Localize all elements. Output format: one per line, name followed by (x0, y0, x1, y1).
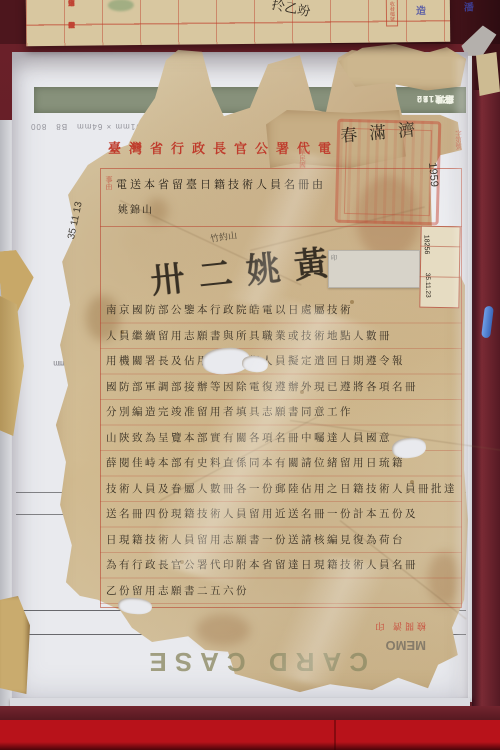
form-red-char: 號 (68, 0, 75, 9)
subject-handwriting: 電送本省留臺日籍技術人員名冊由 (116, 176, 356, 192)
frame-right-bar (472, 84, 500, 710)
document-text-row: 送名冊四份現籍技術人員留用近送名冊一份計本五份及 (106, 506, 460, 528)
document-red-rule (100, 226, 462, 227)
blue-stamp: 潘 (464, 0, 474, 14)
document-text-row: 國防部軍調部接辦等因除電復遵辦外現已遵將各項名冊 (106, 379, 460, 401)
blue-stamp: 造 (416, 2, 426, 17)
form-red-labels-row: 收發附件擬辦批示存查 (68, 17, 392, 20)
margin-digits: 1959 (426, 162, 440, 187)
card-case-print: CARD CASE (138, 646, 368, 677)
archive-number: 18256 (423, 235, 430, 255)
form-red-char: 查 (68, 21, 75, 31)
form-box-label: 收發檔號 (386, 0, 398, 26)
document-text-row: 人員繼續留用志願書與所具職業或技術地點人數冊 (106, 328, 460, 350)
document-text-row: 薛閱佳峙本部有史料直係同本有關請位緒留用日琉籍 (106, 455, 460, 477)
tape-stamp-mark: 印 (331, 253, 337, 262)
green-stamp (108, 0, 134, 11)
document-header: 臺灣省行政長官公署代電 (108, 138, 368, 157)
archive-date: 35.11.23 (424, 273, 431, 298)
archive-label: 18256 35.11.23 (419, 226, 460, 309)
paper-stain (196, 614, 250, 646)
date-printed-label: 中華民國 (297, 142, 306, 168)
overhanging-form: 密等速別年月日字第號 收發附件擬辦批示存查 扵乙竕 收發檔號 造 潘 (26, 0, 451, 46)
strip-label: 郵政160 (416, 94, 454, 107)
subject-signature: 姚錦山 (118, 201, 154, 216)
red-stamp-text: 檢閱濟 印 (346, 620, 426, 633)
form-handwriting: 扵乙竕 (270, 0, 312, 20)
repair-tape-patch: 印 (328, 250, 420, 288)
document-text-row: 日現籍技術人員留用志願書一份送請核編見復為荷台 (106, 532, 460, 554)
reference-printed-label: 字第號 (453, 130, 462, 150)
subject-field-label: 事由 (103, 176, 113, 190)
document-text-row: 用機關署長及佔用日籍技術人員擬定遣回日期遵令報 (106, 353, 460, 375)
archive-display-photo: 12基隆11120121車政122郵政160 91mm × 64mm B8 80… (0, 0, 500, 750)
memo-print: MEMO (372, 638, 426, 653)
document-text-row: 分別編造完竣准留用者填具志願書同意工作 (106, 404, 460, 426)
fabric-shadow (0, 742, 500, 750)
document-text-row: 技術人員及眷屬人數冊各一份郵陸佔用之日籍技術人員冊批達 (106, 481, 460, 503)
protruding-paper-right (476, 52, 500, 96)
document-text-row: 南京國防部公鑒本行政院皓電以日處屬技術 (106, 302, 460, 324)
document-text-row: 乙份留用志願書二五六份 (106, 583, 460, 605)
document-text-row: 為有行政長官公署代印附本省留達日現籍技術人員名冊 (106, 557, 460, 579)
